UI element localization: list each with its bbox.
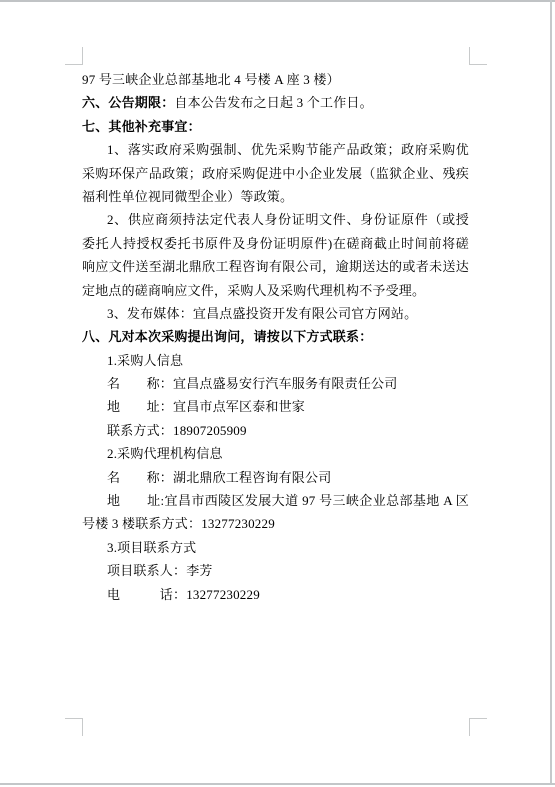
window-edge-top <box>0 0 555 2</box>
text-segment: 电 话：13277230229 <box>107 587 260 602</box>
text-segment: 地 址：宜昌市点军区泰和世家 <box>107 399 305 414</box>
text-segment: 定地点的磋商响应文件，采购人及采购代理机构不予受理。 <box>82 283 425 298</box>
text-segment: 项目联系人：李芳 <box>107 563 213 578</box>
window-edge-right <box>550 0 552 785</box>
text-line: 七、其他补充事宜： <box>82 115 469 138</box>
text-line: 采购环保产品政策；政府采购促进中小企业发展（监狱企业、残疾人 <box>82 162 469 185</box>
text-line: 委托人持授权委托书原件及身份证明原件)在磋商截止时间前将磋商 <box>82 232 469 255</box>
text-line: 2、供应商须持法定代表人身份证明文件、身份证原件（或授权 <box>82 208 469 231</box>
text-segment: 号楼 3 楼联系方式：13277230229 <box>82 516 275 531</box>
text-segment-bold: 八、凡对本次采购提出询问，请按以下方式联系： <box>82 329 372 344</box>
text-segment: 2.采购代理机构信息 <box>107 446 223 461</box>
crop-mark-bottom-left <box>65 718 83 736</box>
text-line: 97 号三峡企业总部基地北 4 号楼 A 座 3 楼） <box>82 68 469 91</box>
text-line: 名 称：宜昌点盛易安行汽车服务有限责任公司 <box>82 372 469 395</box>
text-segment: 委托人持授权委托书原件及身份证明原件)在磋商截止时间前将磋商 <box>82 236 469 255</box>
text-line: 八、凡对本次采购提出询问，请按以下方式联系： <box>82 325 469 348</box>
text-segment-bold: 六、公告期限： <box>82 95 174 110</box>
text-segment: 1.采购人信息 <box>107 353 183 368</box>
text-segment-bold: 七、其他补充事宜： <box>82 119 201 134</box>
text-line: 3.项目联系方式 <box>82 536 469 559</box>
text-line: 响应文件送至湖北鼎欣工程咨询有限公司，逾期送达的或者未送达指 <box>82 255 469 278</box>
text-segment: 自本公告发布之日起 3 个工作日。 <box>174 95 372 110</box>
text-segment: 名 称：湖北鼎欣工程咨询有限公司 <box>107 470 331 485</box>
text-segment: 2、供应商须持法定代表人身份证明文件、身份证原件（或授权 <box>107 212 469 231</box>
text-line: 1、落实政府采购强制、优先采购节能产品政策；政府采购优先 <box>82 138 469 161</box>
crop-mark-top-right <box>469 47 487 65</box>
text-segment: 采购环保产品政策；政府采购促进中小企业发展（监狱企业、残疾人 <box>82 166 469 185</box>
text-line: 1.采购人信息 <box>82 349 469 372</box>
text-line: 电 话：13277230229 <box>82 583 469 606</box>
text-line: 地 址:宜昌市西陵区发展大道 97 号三峡企业总部基地 A 区 4 <box>82 489 469 512</box>
text-line: 福利性单位视同微型企业）等政策。 <box>82 185 469 208</box>
text-segment: 联系方式：18907205909 <box>107 423 247 438</box>
text-line: 定地点的磋商响应文件，采购人及采购代理机构不予受理。 <box>82 279 469 302</box>
text-line: 号楼 3 楼联系方式：13277230229 <box>82 512 469 535</box>
text-segment: 97 号三峡企业总部基地北 4 号楼 A 座 3 楼） <box>82 72 340 87</box>
window-edge-bottom <box>0 783 555 785</box>
text-line: 3、发布媒体：宜昌点盛投资开发有限公司官方网站。 <box>82 302 469 325</box>
text-line: 地 址：宜昌市点军区泰和世家 <box>82 395 469 418</box>
text-line: 六、公告期限：自本公告发布之日起 3 个工作日。 <box>82 91 469 114</box>
text-line: 联系方式：18907205909 <box>82 419 469 442</box>
text-line: 名 称：湖北鼎欣工程咨询有限公司 <box>82 466 469 489</box>
crop-mark-top-left <box>65 47 83 65</box>
crop-mark-bottom-right <box>469 718 487 736</box>
text-segment: 1、落实政府采购强制、优先采购节能产品政策；政府采购优先 <box>107 142 469 161</box>
text-segment: 响应文件送至湖北鼎欣工程咨询有限公司，逾期送达的或者未送达指 <box>82 259 469 278</box>
text-segment: 地 址:宜昌市西陵区发展大道 97 号三峡企业总部基地 A 区 4 <box>107 493 469 512</box>
text-line: 2.采购代理机构信息 <box>82 442 469 465</box>
text-segment: 3、发布媒体：宜昌点盛投资开发有限公司官方网站。 <box>107 306 417 321</box>
text-line: 项目联系人：李芳 <box>82 559 469 582</box>
text-segment: 名 称：宜昌点盛易安行汽车服务有限责任公司 <box>107 376 397 391</box>
document-page[interactable]: 97 号三峡企业总部基地北 4 号楼 A 座 3 楼）六、公告期限：自本公告发布… <box>0 0 555 787</box>
document-body: 97 号三峡企业总部基地北 4 号楼 A 座 3 楼）六、公告期限：自本公告发布… <box>82 68 469 606</box>
text-segment: 福利性单位视同微型企业）等政策。 <box>82 189 293 204</box>
text-segment: 3.项目联系方式 <box>107 540 196 555</box>
